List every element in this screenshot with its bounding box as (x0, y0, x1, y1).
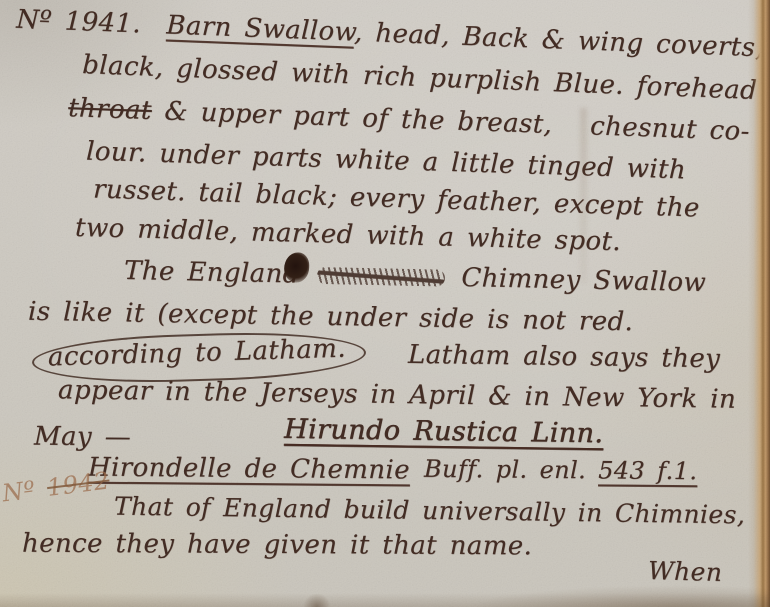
text-segment (140, 9, 166, 40)
may-text: May — (34, 422, 131, 453)
latham-says-line: Latham also says they (408, 341, 721, 374)
species-title: Barn Swallow (166, 10, 355, 47)
body-line-7: The England Chimney Swallow (124, 257, 707, 298)
buffon-ref-line: Buff. pl. enl. 543 f.1. (424, 456, 698, 485)
margin-entry-number: Nº (1, 474, 49, 507)
french-name: Hirondelle de Chemnie (88, 453, 410, 486)
body-line-13: That of England build universally in Chi… (114, 493, 746, 529)
struck-word-throat: throat (68, 93, 153, 126)
text-segment: , head, Back & wing coverts, (354, 18, 765, 64)
page-corner-shadow (450, 581, 770, 607)
text-segment: & upper part of the breast, chesnut co- (151, 96, 750, 147)
struck-margin-number: 1942 (45, 467, 111, 502)
page-bottom-notch (302, 594, 332, 607)
plate-number: 543 f.1. (598, 456, 697, 485)
paper-crease (580, 108, 587, 283)
body-line-10: appear in the Jerseys in April & in New … (58, 376, 736, 414)
text-segment: That of England build universally in Chi… (114, 492, 746, 530)
text-segment: appear in the Jerseys in April & in New … (58, 375, 736, 414)
body-line-6: two middle, marked with a white spot. (75, 214, 622, 257)
body-line-14: hence they have given it that name. (22, 530, 532, 561)
margin-number-line: Nº 1942 (1, 468, 111, 507)
text-segment: Latham also says they (408, 340, 721, 374)
latin-name: Hirundo Rustica Linn. (284, 414, 604, 449)
may-line: May — (34, 423, 131, 452)
french-name-line: Hirondelle de Chemnie (88, 454, 410, 485)
england-text: The England (124, 256, 300, 290)
entry-number: Nº 1941. (16, 5, 142, 40)
ink-speck (631, 51, 635, 54)
scribbled-out-word (317, 267, 445, 287)
page-right-edge (748, 0, 770, 607)
buffon-ref: Buff. pl. enl. (424, 455, 598, 485)
latin-name-line: Hirundo Rustica Linn. (284, 415, 604, 449)
text-segment: two middle, marked with a white spot. (75, 213, 622, 257)
text-segment: hence they have given it that name. (22, 529, 532, 562)
manuscript-page: Nº 1941. Barn Swallow, head, Back & wing… (0, 0, 770, 607)
text-segment: Chimney Swallow (448, 263, 706, 298)
ink-blot (284, 252, 310, 283)
